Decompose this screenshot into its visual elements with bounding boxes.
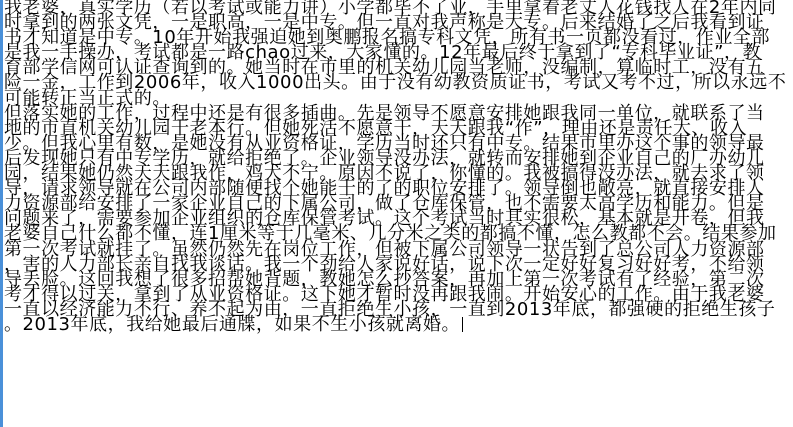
text-cursor	[462, 317, 463, 332]
editor-left-border	[0, 0, 3, 427]
editor-text-area[interactable]: 我老婆，真实学历（若以考试或能力讲）小学都毕不了业，手里拿着老丈人花钱找人在2年…	[4, 0, 793, 332]
text-line-content: 。2013年底，我给她最后通牒，如果不生小孩就离婚。	[4, 314, 460, 335]
text-editor[interactable]: 我老婆，真实学历（若以考试或能力讲）小学都毕不了业，手里拿着老丈人花钱找人在2年…	[0, 0, 793, 427]
